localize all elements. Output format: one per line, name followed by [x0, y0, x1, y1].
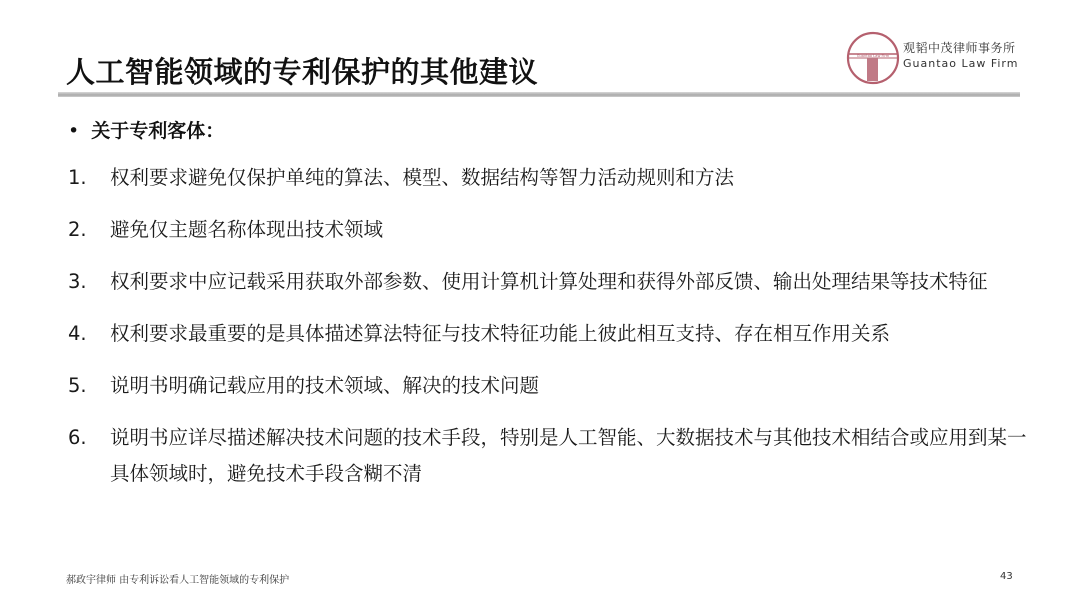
bullet-icon: • [68, 120, 79, 142]
section-heading-text: 关于专利客体： [91, 120, 224, 142]
item-text: 说明书应详尽描述解决技术问题的技术手段，特别是人工智能、大数据技术与其他技术相结… [110, 420, 1028, 492]
footer-caption: 郝政宇律师 由专利诉讼看人工智能领域的专利保护 [66, 571, 289, 586]
section-heading: •关于专利客体： [68, 116, 224, 143]
svg-text:Guantao Law Firm: Guantao Law Firm [857, 54, 890, 58]
item-text: 避免仅主题名称体现出技术领域 [110, 212, 1028, 248]
item-number: 6. [68, 420, 110, 492]
item-number: 5. [68, 368, 110, 404]
item-number: 3. [68, 264, 110, 300]
item-text: 说明书明确记载应用的技术领域、解决的技术问题 [110, 368, 1028, 404]
law-firm-name-cn: 观韬中茂律师事务所 [903, 39, 1018, 56]
page-number: 43 [1000, 571, 1013, 582]
item-number: 4. [68, 316, 110, 352]
list-item: 1. 权利要求避免仅保护单纯的算法、模型、数据结构等智力活动规则和方法 [68, 160, 1028, 196]
slide-title: 人工智能领域的专利保护的其他建议 [66, 50, 538, 91]
list-item: 5. 说明书明确记载应用的技术领域、解决的技术问题 [68, 368, 1028, 404]
title-divider [58, 92, 1020, 97]
law-firm-name: 观韬中茂律师事务所 Guantao Law Firm [903, 39, 1018, 70]
list-item: 2. 避免仅主题名称体现出技术领域 [68, 212, 1028, 248]
item-text: 权利要求中应记载采用获取外部参数、使用计算机计算处理和获得外部反馈、输出处理结果… [110, 264, 1028, 300]
item-number: 1. [68, 160, 110, 196]
law-firm-name-en: Guantao Law Firm [903, 57, 1018, 70]
list-item: 3. 权利要求中应记载采用获取外部参数、使用计算机计算处理和获得外部反馈、输出处… [68, 264, 1028, 300]
item-text: 权利要求避免仅保护单纯的算法、模型、数据结构等智力活动规则和方法 [110, 160, 1028, 196]
item-text: 权利要求最重要的是具体描述算法特征与技术特征功能上彼此相互支持、存在相互作用关系 [110, 316, 1028, 352]
law-firm-logo-icon: Guantao Law Firm [843, 30, 903, 86]
item-number: 2. [68, 212, 110, 248]
list-item: 4. 权利要求最重要的是具体描述算法特征与技术特征功能上彼此相互支持、存在相互作… [68, 316, 1028, 352]
recommendation-list: 1. 权利要求避免仅保护单纯的算法、模型、数据结构等智力活动规则和方法 2. 避… [68, 160, 1028, 492]
list-item: 6. 说明书应详尽描述解决技术问题的技术手段，特别是人工智能、大数据技术与其他技… [68, 420, 1028, 492]
